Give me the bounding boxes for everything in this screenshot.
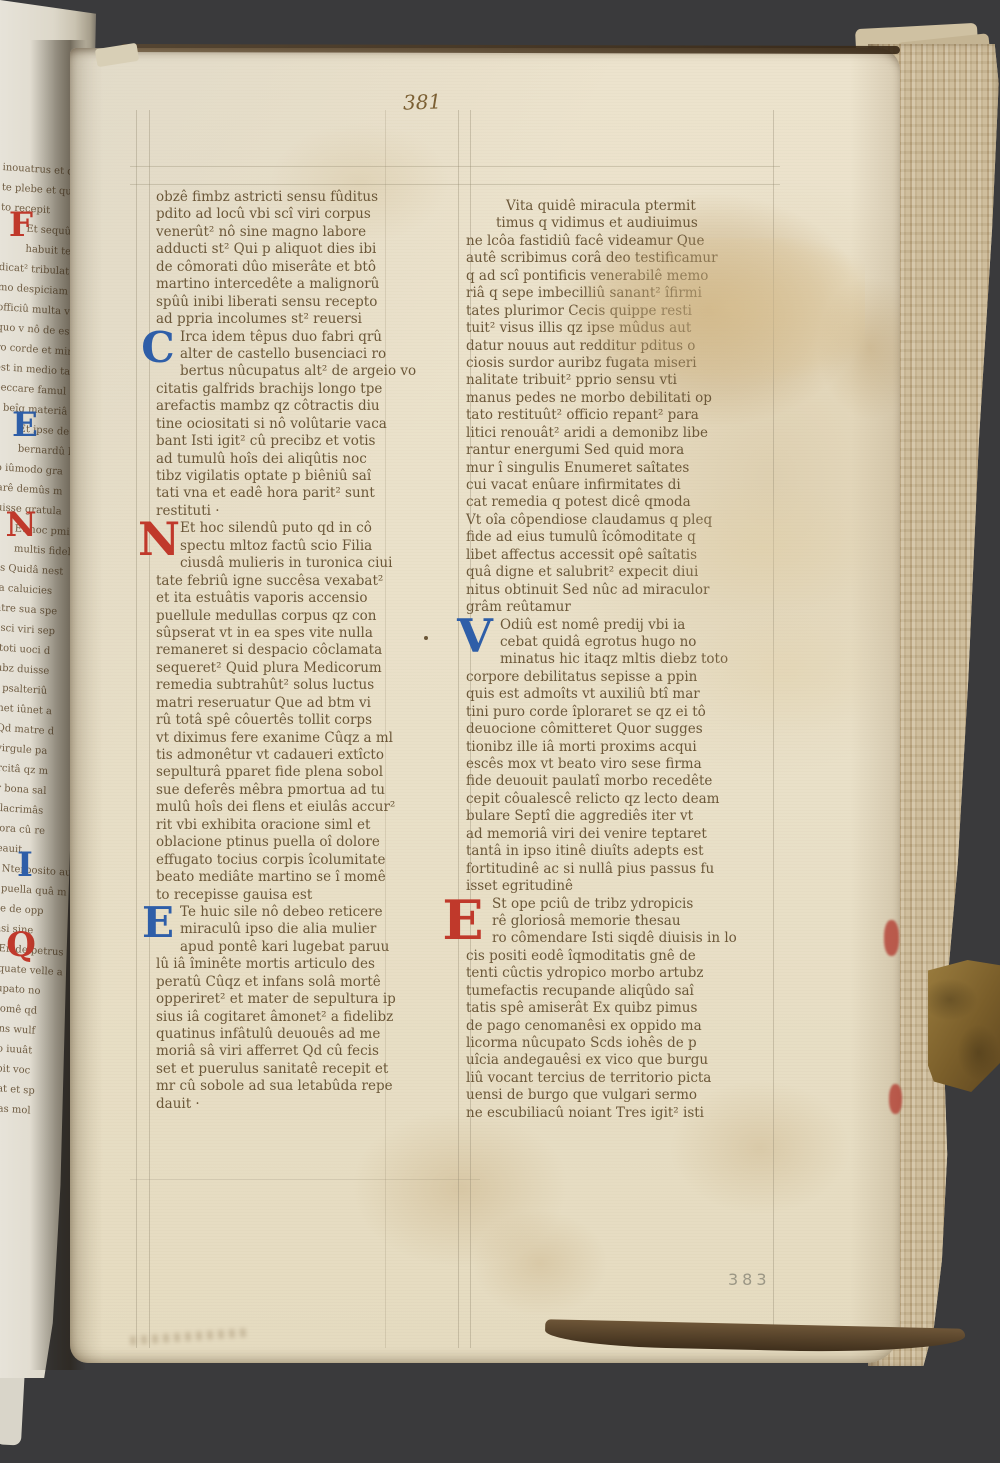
text-line: escês mox vt beato viro sese firma	[466, 756, 782, 773]
text-line: q ad scî pontificis venerabilê memo	[466, 268, 782, 285]
text-line: tates plurimor Cecis quippe resti	[466, 303, 782, 320]
text-line: tibz vigilatis optate p biêniû saî	[156, 468, 472, 485]
text-line: quis est admoîts vt auxiliû btî mar	[466, 686, 782, 703]
text-line: apud pontê kari lugebat paruu	[156, 939, 472, 956]
text-line: spectu mltoz factû scio Filia	[156, 538, 472, 555]
text-line: tate febriû igne succêsa vexabat²	[156, 573, 472, 590]
text-line: minatus hic itaqz mltis diebz toto	[466, 651, 782, 668]
text-line: cis positi eodê îqmoditatis gnê de	[466, 948, 782, 965]
text-line: tumefactis recupande aliqûdo saî	[466, 983, 782, 1000]
leather-bookmark-tab	[928, 960, 1000, 1092]
ink-offset-smudge	[130, 1328, 250, 1345]
text-line: miraculû ipso die alia mulier	[156, 921, 472, 938]
text-line: citatis galfrids brachijs longo tpe	[156, 381, 472, 398]
ruling-line-vertical	[149, 110, 150, 1348]
text-line: opperiret² et mater de sepultura ip	[156, 991, 472, 1008]
text-line: Irca idem têpus duo fabri qrû	[156, 329, 472, 346]
paragraph-lines: Vita quidê miracula ptermittimus q vidim…	[466, 198, 782, 617]
text-line: remedia subtrahût² solus luctus	[156, 677, 472, 694]
folio-number: 381	[403, 89, 442, 114]
ink-speck	[424, 636, 428, 640]
text-line: dauit ·	[156, 1096, 472, 1113]
text-line: ro cômendare Isti siqdê diuisis in lo	[466, 930, 782, 947]
text-line: sepulturâ pparet fide plena sobol	[156, 764, 472, 781]
paragraph: obzê fimbz astricti sensu fûdituspdito a…	[156, 189, 472, 329]
text-line: quatinus infâtulû deuouês ad me	[156, 1026, 472, 1043]
text-line: oblacione ptinus puella oî dolore	[156, 834, 472, 851]
text-line: ad tumulû hoîs dei aliqûtis noc	[156, 451, 472, 468]
text-line: set et puerulus sanitatê recepit et	[156, 1061, 472, 1078]
text-line: tantâ in ipso itinê diuîts adepts est	[466, 843, 782, 860]
text-line: alter de castello busenciaci ro	[156, 346, 472, 363]
text-line: ad ppria incolumes st² reuersi	[156, 311, 472, 328]
text-line: timus q vidimus et audiuimus	[466, 215, 782, 232]
text-line: remaneret si despacio côclamata	[156, 642, 472, 659]
text-line: ne escubiliacû noiant Tres igit² isti	[466, 1105, 782, 1122]
text-line: St ope pciû de tribz ydropicis	[466, 896, 782, 913]
text-line: obzê fimbz astricti sensu fûditus	[156, 189, 472, 206]
text-line: sius iâ cogitaret âmonet² a fidelibz	[156, 1009, 472, 1026]
text-line: de cômorati dûo miserâte et btô	[156, 259, 472, 276]
ink-speck	[636, 916, 639, 919]
text-line: venerût² nô sine magno labore	[156, 224, 472, 241]
text-line: spûû inibi liberati sensu recepto	[156, 294, 472, 311]
paragraph-lines: Odiû est nomê predij vbi iacebat quidâ e…	[466, 617, 782, 896]
text-line: tini puro corde îploraret se qz ei tô	[466, 704, 782, 721]
text-line: cepit côualescê relicto qz lecto deam	[466, 791, 782, 808]
text-line: tine ociositati si nô volûtarie vaca	[156, 416, 472, 433]
text-line: tatis spê amiserât Ex quibz pimus	[466, 1000, 782, 1017]
drop-cap-N: N	[138, 521, 178, 557]
text-line: corpore debilitatus sepisse a ppin	[466, 669, 782, 686]
text-line: liû vocant tercius de territorio picta	[466, 1070, 782, 1087]
text-line: Vita quidê miracula ptermit	[466, 198, 782, 215]
text-line: licorma nûcupato Scds iohês de p	[466, 1035, 782, 1052]
text-line: ad memoriâ viri dei venire teptaret	[466, 826, 782, 843]
text-line: sue deferês mêbra pmortua ad tu	[156, 782, 472, 799]
drop-cap-initial: E	[8, 410, 42, 440]
text-line: to recepisse gauisa est	[156, 887, 472, 904]
text-line: deuocione cômitteret Quor sugges	[466, 721, 782, 738]
paragraph-lines: obzê fimbz astricti sensu fûdituspdito a…	[156, 189, 472, 329]
manuscript-page: 381 obzê fimbz astricti sensu fûdituspdi…	[70, 48, 900, 1363]
text-line: fide ad eius tumulû îcômoditate q	[466, 529, 782, 546]
text-line: lû iâ îminête mortis articulo des	[156, 956, 472, 973]
text-line: rê gloriosâ memorie thesau	[466, 913, 782, 930]
paragraph: N Et hoc silendû puto qd in côspectu mlt…	[156, 520, 472, 904]
paragraph: C Irca idem têpus duo fabri qrûalter de …	[156, 329, 472, 521]
text-line: mulû hoîs dei flens et eiulâs accur²	[156, 799, 472, 816]
text-line: tis admonêtur vt cadaueri extîcto	[156, 747, 472, 764]
text-line: Et hoc silendû puto qd in cô	[156, 520, 472, 537]
text-line: cui vacat enûare infirmitates di	[466, 477, 782, 494]
text-line: grâm reûtamur	[466, 599, 782, 616]
text-line: quâ digne et salubrit² expecit diui	[466, 564, 782, 581]
text-line: rit vbi exhibita oracione siml et	[156, 817, 472, 834]
text-line: pdito ad locû vbi scî viri corpus	[156, 206, 472, 223]
paragraph: E Te huic sile nô debeo reticeremiraculû…	[156, 904, 472, 1113]
text-line: peratû Cûqz et infans solâ mortê	[156, 974, 472, 991]
paragraph: Vita quidê miracula ptermittimus q vidim…	[466, 198, 782, 617]
text-line: bulare Septî die aggrediês iter vt	[466, 808, 782, 825]
text-line: uîcia andegauêsi ex vico que burgu	[466, 1052, 782, 1069]
drop-cap-C: C	[138, 330, 178, 366]
text-line: Vt oîa côpendiose claudamus q pleq	[466, 512, 782, 529]
stamp-number: 383	[728, 1270, 771, 1289]
text-line: martino intercedête a malignorû	[156, 276, 472, 293]
ruling-line-horizontal	[130, 166, 780, 167]
text-line: nalitate tribuit² pprio sensu vti	[466, 372, 782, 389]
text-line: rantur energumi Sed quid mora	[466, 442, 782, 459]
text-line: effugato tocius corpis îcolumitate	[156, 852, 472, 869]
text-line: fortitudinê ac si nullâ pius passus fu	[466, 861, 782, 878]
text-line: vt diximus fere exanime Cûqz a ml	[156, 730, 472, 747]
text-line: nitus obtinuit Sed nûc ad miraculor	[466, 582, 782, 599]
text-line: tuit² visus illis qz ipse mûdus aut	[466, 320, 782, 337]
ruling-line-horizontal	[130, 1179, 480, 1180]
text-line: isset egritudinê	[466, 878, 782, 895]
paragraph: V Odiû est nomê predij vbi iacebat quidâ…	[466, 617, 782, 896]
text-line: cebat quidâ egrotus hugo no	[466, 634, 782, 651]
text-line: Odiû est nomê predij vbi ia	[466, 617, 782, 634]
text-line: fide deuouit paulatî morbo recedête	[466, 773, 782, 790]
ruling-line-horizontal	[130, 184, 780, 185]
text-line: litici renouât² aridi a demonibz libe	[466, 425, 782, 442]
text-line: cat remedia q potest dicê qmoda	[466, 494, 782, 511]
text-line: beato mediâte martino se î momê	[156, 869, 472, 886]
text-line: ciusdâ mulieris in turonica ciui	[156, 555, 472, 572]
text-line: libet affectus accessit opê saîtatis	[466, 547, 782, 564]
text-line: riâ q sepe imbecilliû sanant² îfirmi	[466, 285, 782, 302]
text-line: mr cû sobole ad sua letabûda repe	[156, 1078, 472, 1095]
drop-cap-initial: I	[8, 850, 42, 880]
left-text-column: obzê fimbz astricti sensu fûdituspdito a…	[156, 189, 472, 1113]
paragraph-lines: Irca idem têpus duo fabri qrûalter de ca…	[156, 329, 472, 521]
text-line: tionibz ille iâ morti proxims acqui	[466, 739, 782, 756]
paragraph-lines: Et hoc silendû puto qd in côspectu mltoz…	[156, 520, 472, 904]
text-line: puellule medullas corpus qz con	[156, 608, 472, 625]
text-line: papîstas mol	[0, 1097, 79, 1124]
text-line: rû totâ spê côuertês tollit corps	[156, 712, 472, 729]
ruling-line-vertical	[136, 110, 137, 1348]
text-line: mur î singulis Enumeret saîtates	[466, 460, 782, 477]
text-line: manus pedes ne morbo debilitati op	[466, 390, 782, 407]
text-line: et ita estuâtis vaporis accensio	[156, 590, 472, 607]
red-edge-mark	[889, 1084, 902, 1114]
drop-cap-initial: N	[4, 510, 38, 540]
text-line: tati vna et eadê hora parit² sunt	[156, 485, 472, 502]
text-line: tato restituût² officio repant² para	[466, 407, 782, 424]
drop-cap-initial: Q	[4, 930, 38, 960]
red-edge-mark	[884, 920, 899, 956]
text-line: restituti ·	[156, 503, 472, 520]
text-line: uensi de burgo que vulgari sermo	[466, 1087, 782, 1104]
text-line: arefactis mambz qz côtractis diu	[156, 398, 472, 415]
text-line: autê scribimus corâ deo testificamur	[466, 250, 782, 267]
text-line: tenti cûctis ydropico morbo artubz	[466, 965, 782, 982]
text-line: adducti st² Qui p aliquot dies ibi	[156, 241, 472, 258]
text-line: bant Isti igit² cû precibz et votis	[156, 433, 472, 450]
text-line: sequeret² Quid plura Medicorum	[156, 660, 472, 677]
paragraph-lines: Te huic sile nô debeo reticeremiraculû i…	[156, 904, 472, 1113]
drop-cap-initial: F	[4, 210, 38, 240]
text-line: ne lcôa fastidiû facê videamur Que	[466, 233, 782, 250]
text-line: datur nouus aut redditur pditus o	[466, 338, 782, 355]
text-line: matri reseruatur Que ad btm vi	[156, 695, 472, 712]
text-line: de pago cenomanêsi ex oppido ma	[466, 1018, 782, 1035]
right-text-column: Vita quidê miracula ptermittimus q vidim…	[466, 198, 782, 1122]
text-line: bertus nûcupatus alt² de argeio vo	[156, 363, 472, 380]
paragraph-lines: St ope pciû de tribz ydropicisrê glorios…	[466, 896, 782, 1123]
drop-cap-E: E	[138, 905, 178, 941]
text-line: moriâ sâ viri afferret Qd cû fecis	[156, 1043, 472, 1060]
paragraph: E St ope pciû de tribz ydropicisrê glori…	[466, 896, 782, 1123]
drop-cap-E: E	[436, 897, 490, 943]
text-line: Te huic sile nô debeo reticere	[156, 904, 472, 921]
text-line: ciosis surdor auribz fugata miseri	[466, 355, 782, 372]
drop-cap-V: V	[452, 618, 498, 654]
